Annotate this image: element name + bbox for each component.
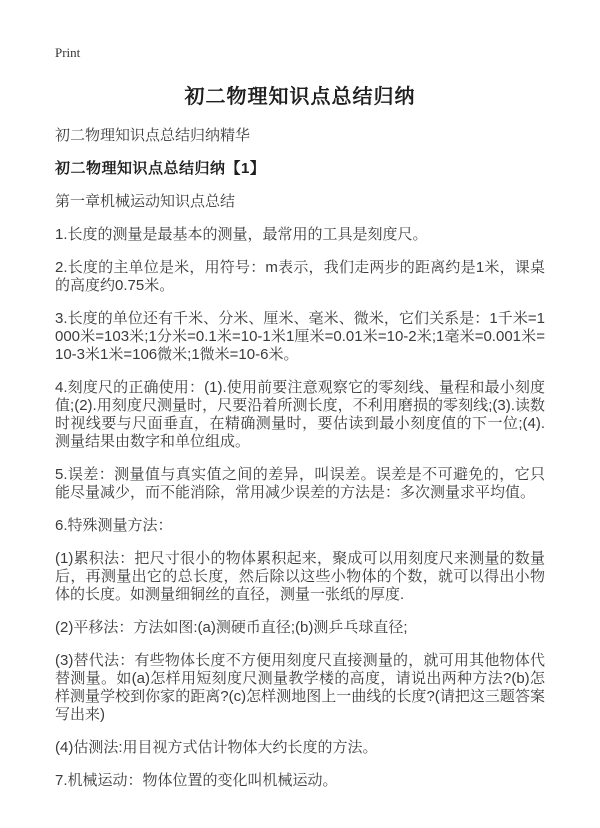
document-body: 初二物理知识点总结归纳精华 初二物理知识点总结归纳【1】 第一章机械运动知识点总… bbox=[55, 127, 545, 790]
paragraph-method-3: (3)替代法：有些物体长度不方便用刻度尺直接测量的，就可用其他物体代替测量。如(… bbox=[55, 652, 545, 724]
paragraph-method-4: (4)估测法:用目视方式估计物体大约长度的方法。 bbox=[55, 739, 545, 757]
paragraph-item-2: 2.长度的主单位是米，用符号：m表示，我们走两步的距离约是1米，课桌的高度约0.… bbox=[55, 259, 545, 295]
paragraph-method-1: (1)累积法：把尺寸很小的物体累积起来，聚成可以用刻度尺来测量的数量后，再测量出… bbox=[55, 550, 545, 604]
paragraph-item-1: 1.长度的测量是最基本的测量，最常用的工具是刻度尺。 bbox=[55, 226, 545, 244]
paragraph-item-7: 7.机械运动：物体位置的变化叫机械运动。 bbox=[55, 772, 545, 790]
print-button[interactable]: Print bbox=[55, 45, 80, 61]
page-title: 初二物理知识点总结归纳 bbox=[55, 85, 545, 109]
paragraph-item-6: 6.特殊测量方法： bbox=[55, 517, 545, 535]
paragraph-chapter-heading: 第一章机械运动知识点总结 bbox=[55, 193, 545, 211]
paragraph-item-5: 5.误差：测量值与真实值之间的差异，叫误差。误差是不可避免的，它只能尽量减少，而… bbox=[55, 466, 545, 502]
paragraph-item-4: 4.刻度尺的正确使用：(1).使用前要注意观察它的零刻线、量程和最小刻度值;(2… bbox=[55, 379, 545, 451]
paragraph-subtitle: 初二物理知识点总结归纳精华 bbox=[55, 127, 545, 145]
paragraph-section-heading: 初二物理知识点总结归纳【1】 bbox=[55, 160, 545, 178]
paragraph-method-2: (2)平移法：方法如图:(a)测硬币直径;(b)测乒乓球直径; bbox=[55, 619, 545, 637]
document-page: Print 初二物理知识点总结归纳 初二物理知识点总结归纳精华 初二物理知识点总… bbox=[0, 0, 600, 828]
paragraph-item-3: 3.长度的单位还有千米、分米、厘米、毫米、微米，它们关系是：1千米=1000米=… bbox=[55, 310, 545, 364]
